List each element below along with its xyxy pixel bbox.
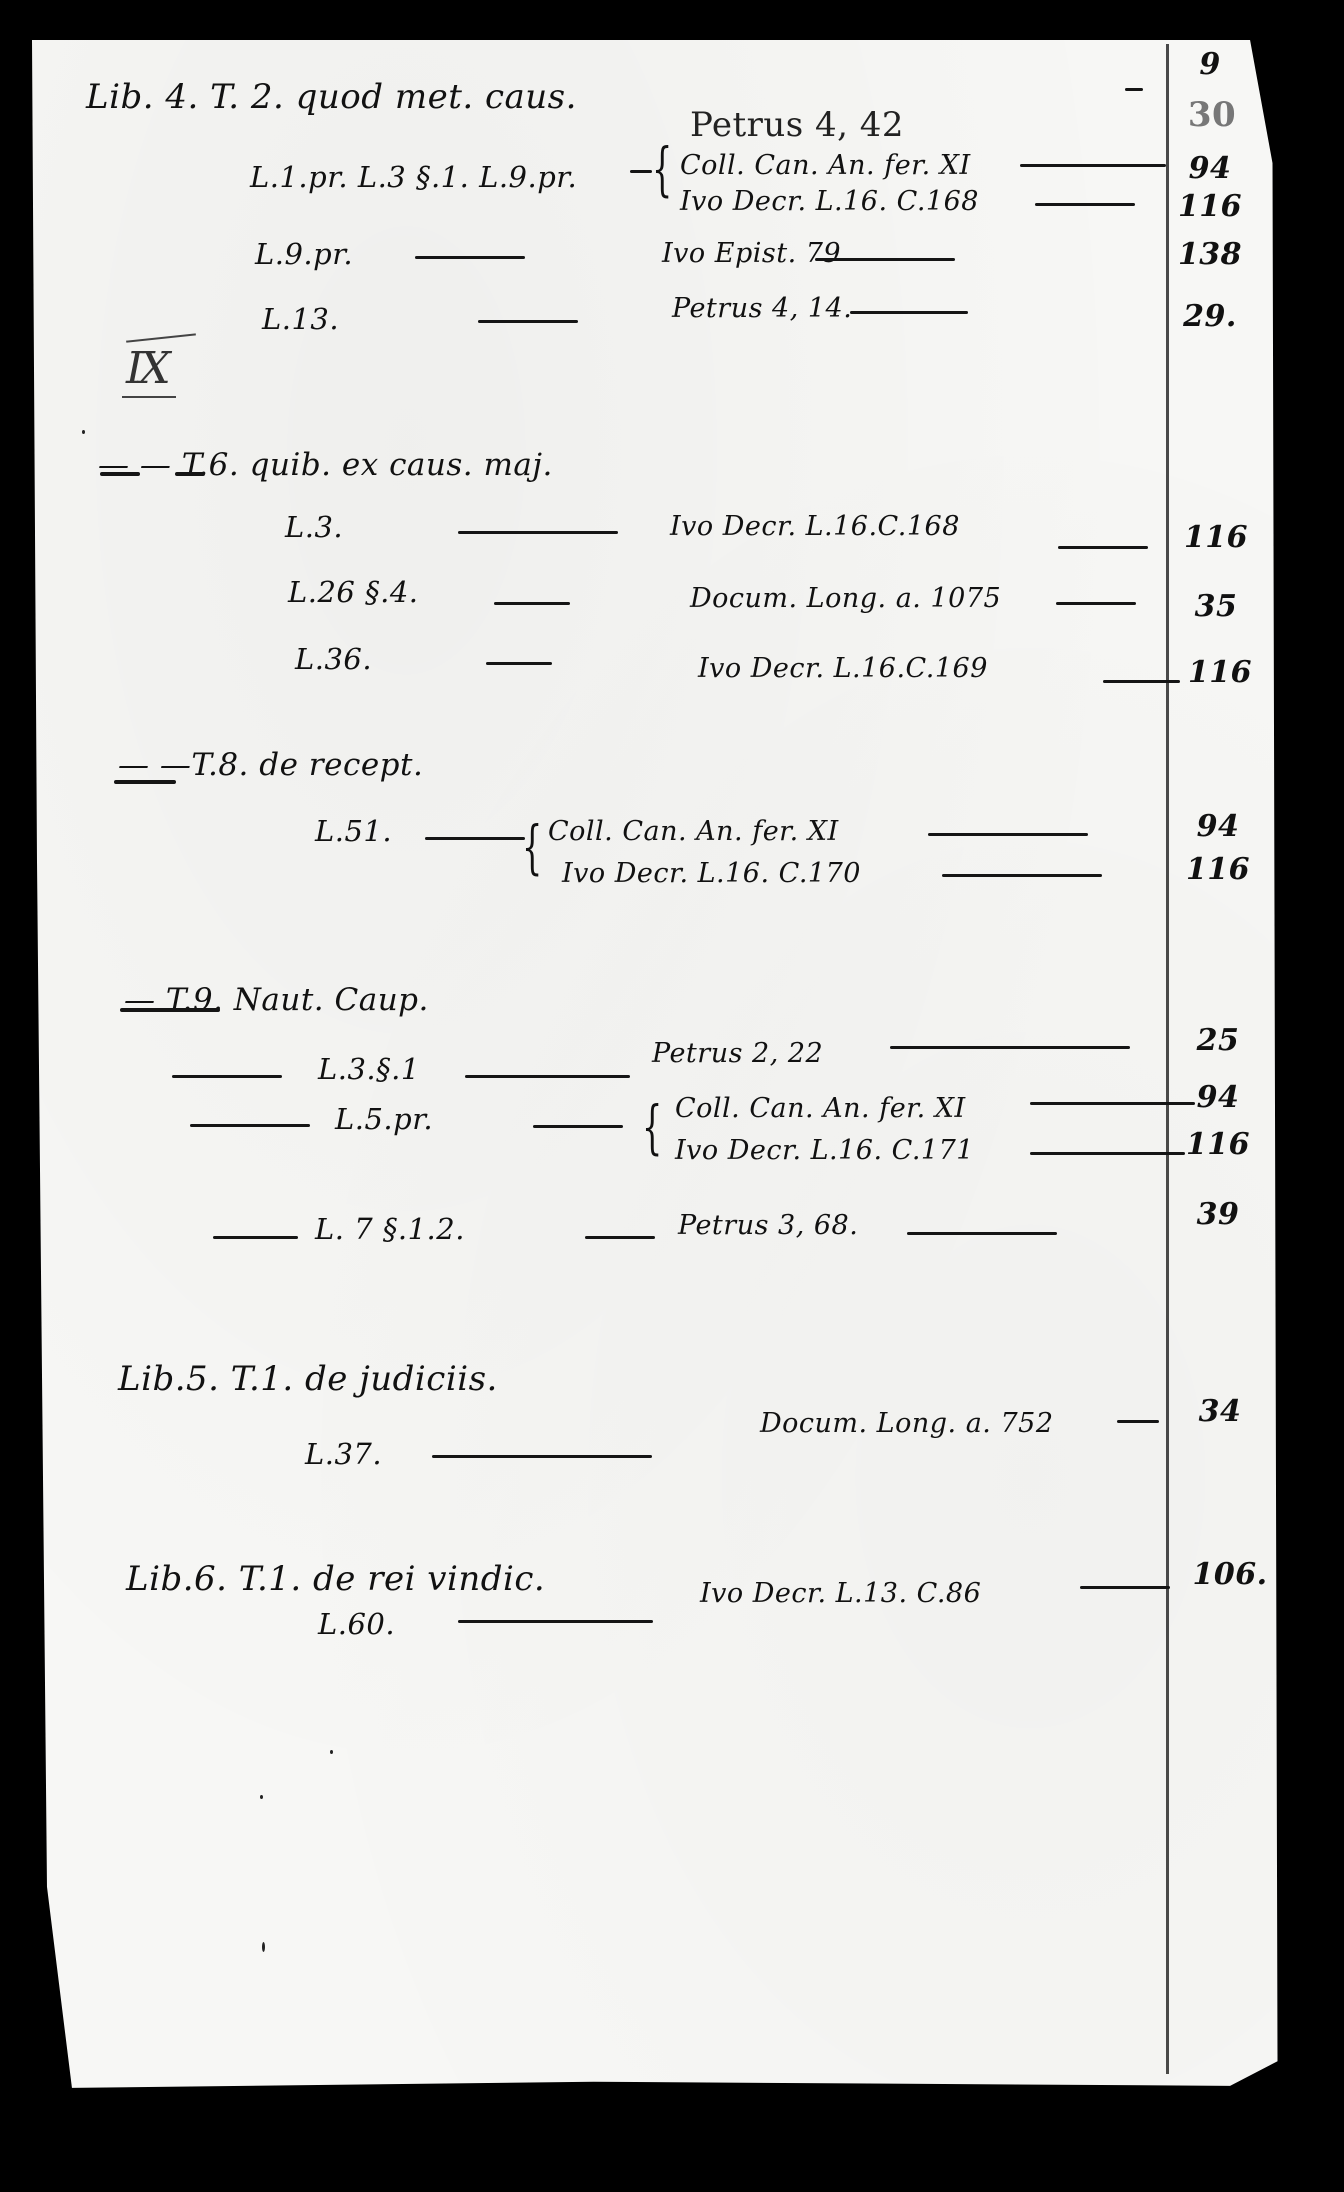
law-reference: L.26 §.4. [288, 578, 418, 607]
connector-line [533, 1125, 623, 1128]
citation: Docum. Long. a. 752 [760, 1410, 1054, 1437]
paper-speck [260, 1795, 263, 1799]
citation: Ivo Epist. 79 [662, 240, 841, 267]
bracket-icon: { [522, 818, 542, 876]
leader-line [172, 1075, 282, 1078]
citation: Ivo Decr. L.16. C.168 [680, 188, 979, 215]
leader-line [850, 311, 968, 314]
citation: Ivo Decr. L.16.C.169 [698, 655, 988, 682]
page-ref: 116 [1170, 192, 1250, 222]
leader-line [478, 320, 578, 323]
ink-mark [1125, 88, 1143, 91]
page-ref: 138 [1170, 240, 1250, 270]
law-reference: L.3. [285, 513, 343, 542]
law-reference: L.51. [315, 817, 392, 846]
page-ref: 116 [1180, 658, 1260, 688]
leader-line [1058, 546, 1148, 549]
citation: Ivo Decr. L.16.C.168 [670, 513, 960, 540]
page-number-margin-rule [1166, 44, 1169, 2074]
ditto-dash [100, 472, 140, 476]
citation: Petrus 4, 14. [672, 295, 852, 322]
ditto-dash [120, 1008, 220, 1012]
citation-added: Petrus 4, 42 [690, 108, 904, 142]
leader-line [190, 1124, 310, 1127]
leader-line [907, 1232, 1057, 1235]
citation: Ivo Decr. L.16. C.170 [562, 860, 861, 887]
law-reference: L.60. [318, 1610, 395, 1639]
law-reference: L.3.§.1 [318, 1055, 420, 1084]
leader-line [928, 833, 1088, 836]
connector-line [425, 837, 525, 840]
leader-line [458, 531, 618, 534]
law-reference: L.13. [262, 305, 339, 334]
citation: Petrus 3, 68. [678, 1212, 858, 1239]
leader-line [465, 1075, 630, 1078]
citation: Coll. Can. An. fer. XI [680, 152, 971, 179]
folio-number: 9 [1170, 50, 1250, 80]
leader-line [1080, 1586, 1170, 1589]
citation: Petrus 2, 22 [652, 1040, 823, 1067]
page-number-faint: 30 [1172, 98, 1252, 132]
page-ref: 116 [1178, 1130, 1258, 1160]
ditto-dash [114, 780, 176, 784]
law-reference: L.37. [305, 1440, 382, 1469]
page-ref: 34 [1180, 1397, 1260, 1427]
section-heading: Lib.6. T.1. de rei vindic. [126, 1562, 545, 1596]
leader-line [1035, 203, 1135, 206]
leader-line [494, 602, 570, 605]
leader-line [890, 1046, 1130, 1049]
paper-speck [262, 1942, 265, 1952]
citation: Docum. Long. a. 1075 [690, 585, 1001, 612]
citation: Coll. Can. An. fer. XI [548, 818, 839, 845]
page-ref: 94 [1170, 154, 1250, 184]
leader-line [432, 1455, 652, 1458]
law-reference: L.5.pr. [335, 1105, 433, 1134]
citation: Coll. Can. An. fer. XI [675, 1095, 966, 1122]
leader-line [415, 256, 525, 259]
section-heading: — —T.8. de recept. [118, 750, 423, 781]
leader-line [1030, 1102, 1195, 1105]
paper-speck [82, 430, 85, 434]
law-reference: L.1.pr. L.3 §.1. L.9.pr. [250, 163, 577, 192]
leader-line [1117, 1420, 1159, 1423]
law-reference: L.9.pr. [255, 240, 353, 269]
leader-line [458, 1620, 653, 1623]
ditto-dash [175, 472, 205, 476]
leader-line [815, 258, 955, 261]
page-ref: 94 [1178, 812, 1258, 842]
leader-line [213, 1236, 298, 1239]
page-ref: 116 [1178, 855, 1258, 885]
leader-line [1030, 1152, 1185, 1155]
leader-line [486, 662, 552, 665]
law-reference: L. 7 §.1.2. [315, 1215, 465, 1244]
page-ref: 25 [1178, 1026, 1258, 1056]
page-ref: 94 [1178, 1083, 1258, 1113]
leader-line [1020, 164, 1166, 167]
leader-line [1056, 602, 1136, 605]
leader-line [1103, 680, 1180, 683]
page-ref: 106. [1190, 1560, 1270, 1590]
bracket-icon: { [652, 140, 672, 198]
page-ref: 35 [1176, 592, 1256, 622]
page-ref: 29. [1170, 302, 1250, 332]
law-reference: L.36. [295, 645, 372, 674]
leader-line [585, 1236, 655, 1239]
page-ref: 39 [1178, 1200, 1258, 1230]
connector-line [630, 170, 652, 173]
section-heading: — — T.6. quib. ex caus. maj. [98, 450, 553, 481]
leader-line [942, 874, 1102, 877]
section-heading: Lib. 4. T. 2. quod met. caus. [86, 80, 577, 114]
bracket-icon: { [642, 1098, 662, 1156]
citation: Ivo Decr. L.13. C.86 [700, 1580, 981, 1607]
section-heading: Lib.5. T.1. de judiciis. [118, 1362, 498, 1396]
paper-speck [330, 1750, 333, 1754]
citation: Ivo Decr. L.16. C.171 [675, 1137, 974, 1164]
marginal-roman-numeral: IX [126, 343, 167, 394]
page-ref: 116 [1176, 523, 1256, 553]
